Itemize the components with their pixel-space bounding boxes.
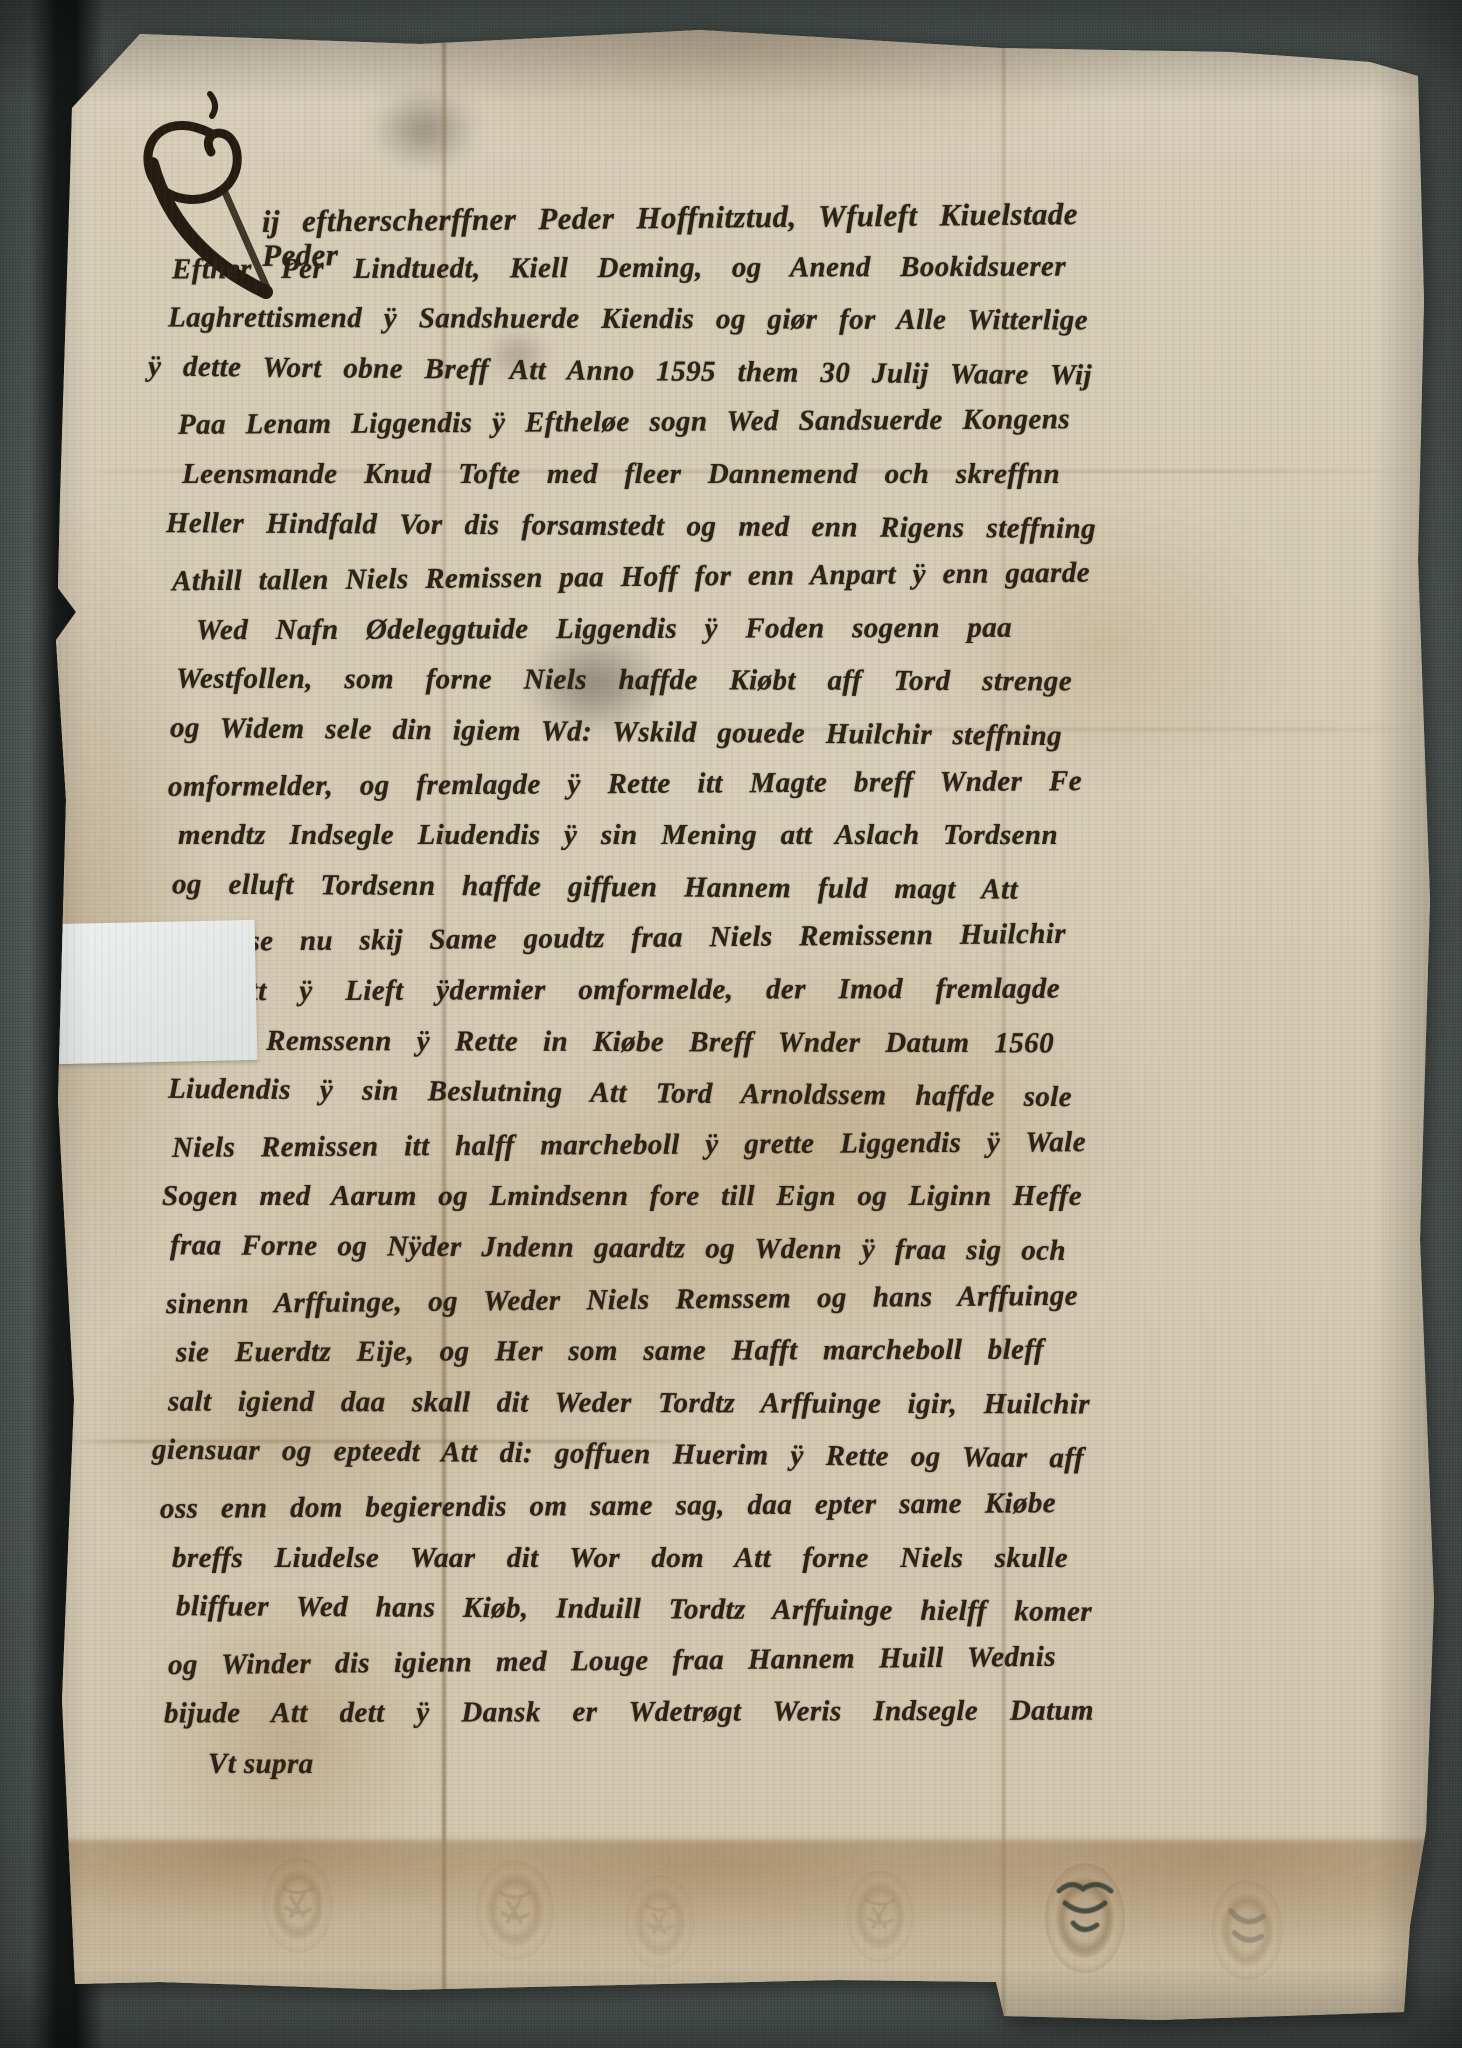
text-line: breffs Liudelse Waar dit Wor dom Att for… [172,1543,1068,1575]
text-line: mendtz Indsegle Liudendis ÿ sin Mening a… [178,820,1058,852]
wax-seal-impression [846,1870,914,1962]
horizontal-fold-crease [58,1440,718,1443]
text-line: oss enn dom begierendis om same sag, daa… [160,1488,1056,1526]
text-line: sie Euerdtz Eije, og Her som same Hafft … [176,1335,1044,1370]
text-line: Wed Nafn Ødeleggtuide Liggendis ÿ Foden … [196,613,1012,647]
text-line: bijude Att dett ÿ Dansk er Wdetrøgt Weri… [164,1696,1094,1731]
archive-photo-background: ij eftherscherffner Peder Hoffnitztud, W… [0,0,1462,2048]
text-line: og Widem sele din igiem Wd: Wskild goued… [170,713,1062,753]
water-stain [142,1588,442,1888]
text-line: omformelder, og fremlagde ÿ Rette itt Ma… [168,766,1082,804]
text-line: giensuar og epteedt Att di: goffuen Huer… [152,1435,1084,1476]
text-line: Heller Hindfald Vor dis forsamstedt og m… [166,508,1096,546]
wax-seal-impression [476,1860,554,1960]
text-line: Leensmande Knud Tofte med fleer Dannemen… [182,459,1060,491]
text-line: Niels Remssenn ÿ Rette in Kiøbe Breff Wn… [178,1026,1054,1061]
text-line: og Winder dis igienn med Louge fraa Hann… [168,1642,1056,1682]
wax-seal-impression [1045,1863,1125,1973]
wax-seal-impression [625,1875,695,1969]
vertical-fold-crease [442,28,446,2024]
repair-patch [55,920,258,1064]
wax-seal-impression [1211,1880,1283,1980]
wax-seal-impression [263,1857,333,1953]
seal-strip-stain-band [52,1840,1436,2026]
text-line: bliffuer Wed hans Kiøb, Induill Tordtz A… [176,1591,1092,1629]
ink-smudge [520,628,670,738]
text-line: ij eftherscherffner Peder Hoffnitztud, W… [262,197,1079,273]
text-line: Indløse nu skij Same goudtz fraa Niels R… [182,919,1066,959]
vertical-fold-crease [1002,28,1005,2024]
horizontal-fold-crease [672,728,1422,731]
text-line: og elluft Tordsenn haffde giffuen Hannem… [172,869,1018,906]
text-line: Niels Remissen itt halff marcheboll ÿ gr… [172,1127,1086,1165]
ink-smudge [370,86,480,172]
text-line: Sogen med Aarum og Lmindsenn fore till E… [162,1181,1082,1213]
text-line: fraa Forne og Nÿder Jndenn gaardtz og Wd… [170,1230,1066,1268]
text-line: Liudendis ÿ sin Beslutning Att Tord Arno… [168,1074,1072,1114]
text-line: ÿ dette Wort obne Breff Att Anno 1595 th… [148,352,1092,393]
ink-smudge [482,328,552,382]
water-stain [522,948,1082,1368]
text-line: Westfollen, som forne Niels haffde Kiøbt… [176,664,1072,699]
text-line: Paa Lenam Liggendis ÿ Eftheløe sogn Wed … [178,404,1070,441]
text-line: Vt supra [208,1749,392,1781]
text-line: Beskritt ÿ Lieft ÿdermier omformelde, de… [170,974,1060,1009]
text-line: sinenn Arffuinge, og Weder Niels Remssem… [166,1281,1078,1321]
horizontal-fold-crease [58,470,1428,473]
illuminated-initial [132,86,322,306]
text-line: salt igiend daa skall dit Weder Tordtz A… [168,1387,1090,1422]
paper-shadow-wrapper: ij eftherscherffner Peder Hoffnitztud, W… [0,0,1462,2048]
text-line: Laghrettismend ÿ Sandshuerde Kiendis og … [168,303,1088,338]
text-line: Efther Per Lindtuedt, Kiell Deming, og A… [172,252,1066,287]
manuscript-paper: ij eftherscherffner Peder Hoffnitztud, W… [52,28,1436,2024]
text-line: Athill tallen Niels Remissen paa Hoff fo… [172,558,1090,599]
